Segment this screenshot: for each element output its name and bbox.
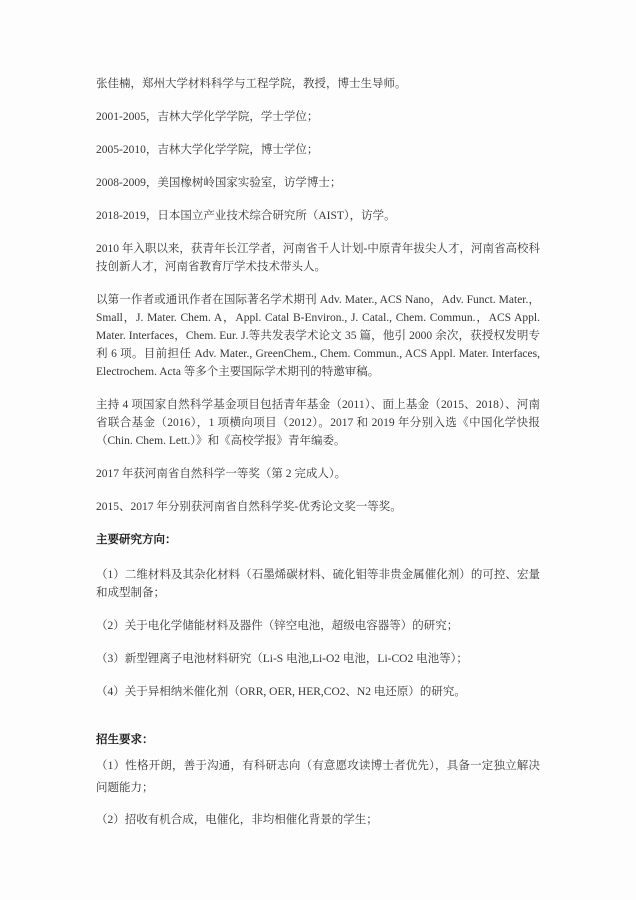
research-item-1: （1）二维材料及其杂化材料（石墨烯碳材料、硫化钼等非贵金属催化剂）的可控、宏量和…: [96, 566, 540, 602]
education-item-visiting-ornl: 2008-2009，美国橡树岭国家实验室，访学博士；: [96, 174, 540, 192]
award-2015-2017-paragraph: 2015、2017 年分别获河南省自然科学奖-优秀论文奖一等奖。: [96, 498, 540, 516]
recruitment-item-2: （2）招收有机合成，电催化，非均相催化背景的学生；: [96, 809, 540, 831]
document-body: 张佳楠，郑州大学材料科学与工程学院，教授，博士生导师。 2001-2005，吉林…: [96, 75, 540, 841]
education-item-phd: 2005-2010，吉林大学化学学院，博士学位；: [96, 141, 540, 159]
research-item-3: （3）新型锂离子电池材料研究（Li-S 电池,Li-O2 电池，Li-CO2 电…: [96, 650, 540, 668]
recruitment-requirements-heading: 招生要求：: [96, 731, 540, 749]
research-item-2: （2）关于电化学储能材料及器件（锌空电池，超级电容器等）的研究；: [96, 617, 540, 635]
intro-paragraph: 张佳楠，郑州大学材料科学与工程学院，教授，博士生导师。: [96, 75, 540, 93]
education-item-visiting-aist: 2018-2019，日本国立产业技术综合研究所（AIST），访学。: [96, 207, 540, 225]
document-page: 张佳楠，郑州大学材料科学与工程学院，教授，博士生导师。 2001-2005，吉林…: [0, 0, 636, 900]
recruitment-item-1: （1）性格开朗，善于沟通，有科研志向（有意愿攻读博士者优先），具备一定独立解决问…: [96, 755, 540, 799]
publications-paragraph: 以第一作者或通讯作者在国际著名学术期刊 Adv. Mater., ACS Nan…: [96, 291, 540, 381]
research-item-4: （4）关于异相纳米催化剂（ORR, OER, HER,CO2、N2 电还原）的研…: [96, 683, 540, 701]
award-2017-paragraph: 2017 年获河南省自然科学一等奖（第 2 完成人）。: [96, 465, 540, 483]
honors-paragraph: 2010 年入职以来，获青年长江学者，河南省千人计划-中原青年拔尖人才，河南省高…: [96, 240, 540, 276]
education-item-bachelor: 2001-2005，吉林大学化学学院，学士学位；: [96, 108, 540, 126]
research-directions-heading: 主要研究方向：: [96, 531, 540, 549]
funding-paragraph: 主持 4 项国家自然科学基金项目包括青年基金（2011）、面上基金（2015、2…: [96, 396, 540, 450]
